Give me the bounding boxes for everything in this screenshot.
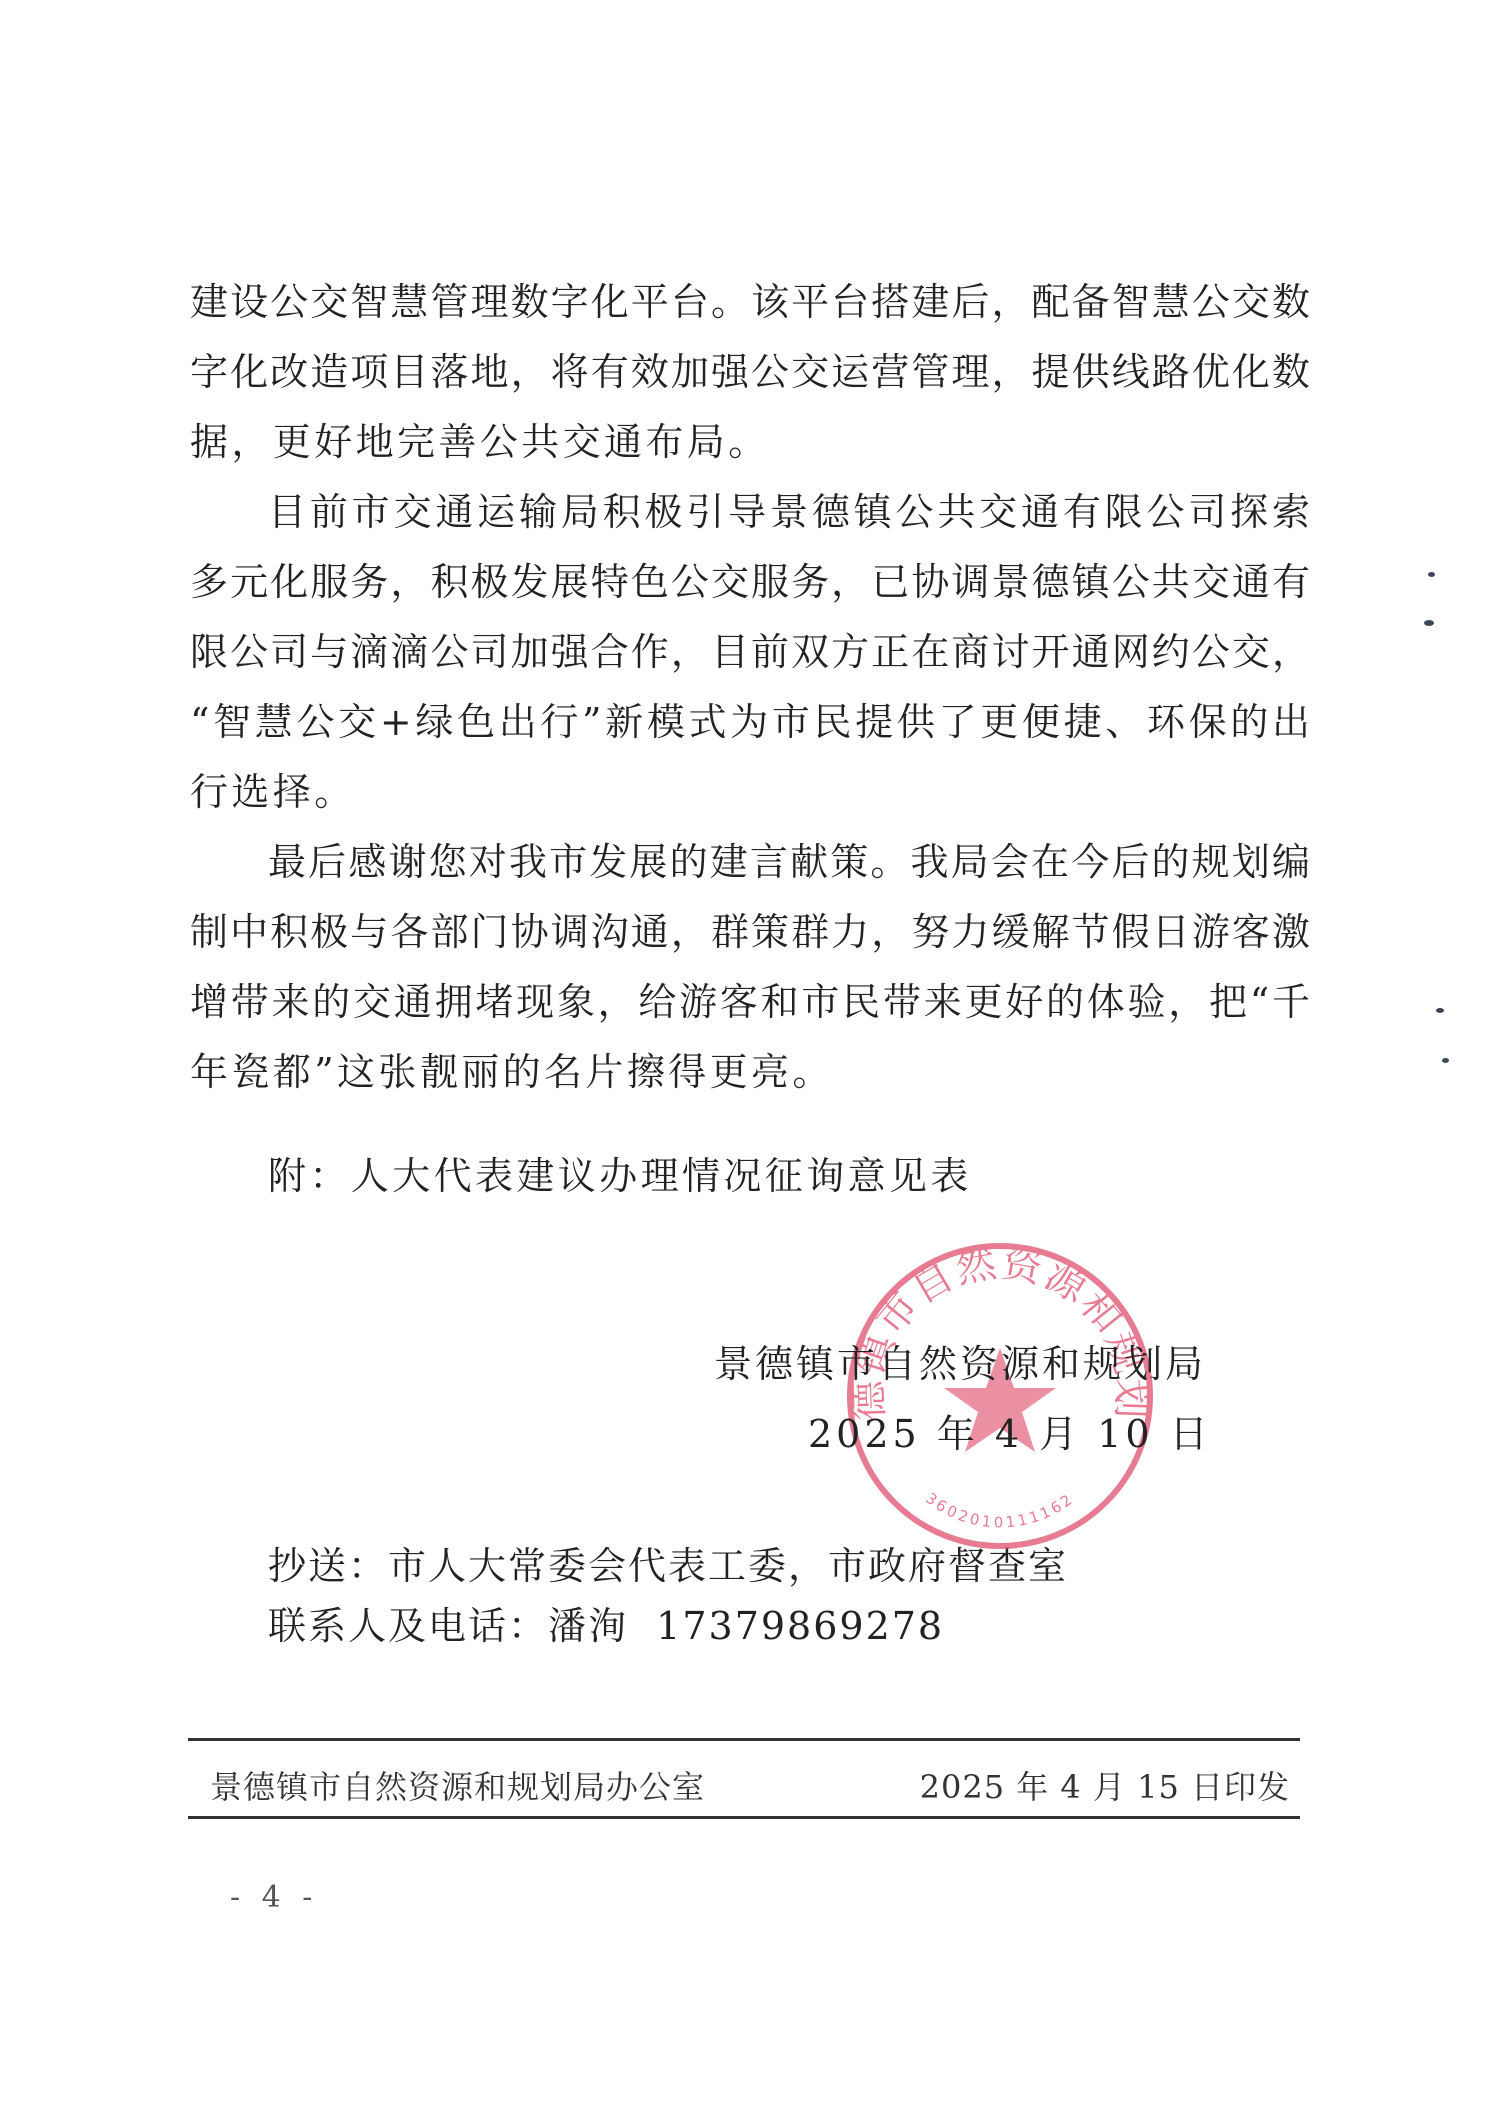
signing-date: 2025 年 4 月 10 日 bbox=[808, 1410, 1212, 1458]
body-line: 字化改造项目落地，将有效加强公交运营管理，提供线路优化数 bbox=[190, 348, 1310, 396]
footer-top-rule bbox=[188, 1738, 1300, 1741]
contact-line: 联系人及电话：潘洵 17379869278 bbox=[268, 1602, 1310, 1650]
body-line: 行选择。 bbox=[190, 768, 1310, 816]
signing-organization: 景德镇市自然资源和规划局 bbox=[714, 1340, 1206, 1388]
attachment-note: 附：人大代表建议办理情况征询意见表 bbox=[268, 1152, 1310, 1200]
body-line: 年瓷都”这张靓丽的名片擦得更亮。 bbox=[190, 1048, 1310, 1096]
body-line: “智慧公交+绿色出行”新模式为市民提供了更便捷、环保的出 bbox=[190, 698, 1310, 746]
body-line: 目前市交通运输局积极引导景德镇公共交通有限公司探索 bbox=[268, 488, 1310, 536]
body-line: 制中积极与各部门协调沟通，群策群力，努力缓解节假日游客激 bbox=[190, 908, 1310, 956]
body-line: 据，更好地完善公共交通布局。 bbox=[190, 418, 1310, 466]
body-line: 增带来的交通拥堵现象，给游客和市民带来更好的体验，把“千 bbox=[190, 978, 1310, 1026]
scan-speck bbox=[1424, 620, 1434, 626]
issue-date: 2025 年 4 月 15 日印发 bbox=[920, 1762, 1290, 1808]
body-line: 建设公交智慧管理数字化平台。该平台搭建后，配备智慧公交数 bbox=[190, 278, 1310, 326]
scan-speck bbox=[1442, 1058, 1449, 1063]
official-seal-icon: 景德镇市自然资源和规划局 3602010111162 bbox=[842, 1238, 1158, 1554]
document-page: 建设公交智慧管理数字化平台。该平台搭建后，配备智慧公交数 字化改造项目落地，将有… bbox=[0, 0, 1490, 2105]
issuing-office: 景德镇市自然资源和规划局办公室 bbox=[210, 1762, 705, 1808]
body-line: 多元化服务，积极发展特色公交服务，已协调景德镇公共交通有 bbox=[190, 558, 1310, 606]
page-number: - 4 - bbox=[230, 1880, 318, 1915]
svg-text:3602010111162: 3602010111162 bbox=[922, 1489, 1078, 1531]
scan-speck bbox=[1436, 1008, 1444, 1013]
footer-bottom-rule bbox=[188, 1816, 1300, 1819]
body-line: 最后感谢您对我市发展的建言献策。我局会在今后的规划编 bbox=[268, 838, 1310, 886]
scan-speck bbox=[1428, 572, 1435, 577]
body-line: 限公司与滴滴公司加强合作，目前双方正在商讨开通网约公交， bbox=[190, 628, 1310, 676]
